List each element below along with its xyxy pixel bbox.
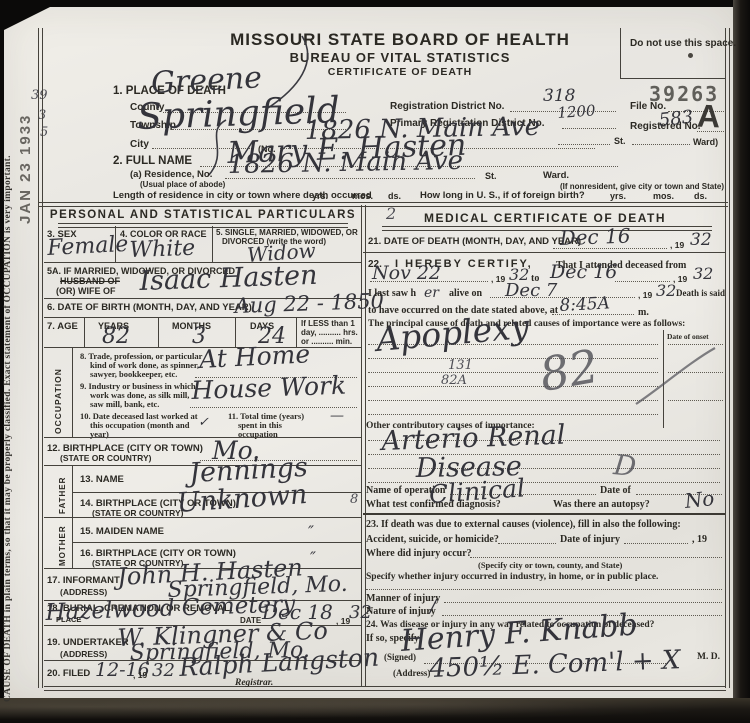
leader-line [368, 372, 658, 373]
onset-box-divider [663, 330, 664, 428]
row-rule [44, 517, 361, 518]
row-rule [44, 317, 361, 318]
mother-name-value: ″ [308, 522, 314, 541]
ward-label: Ward) [693, 137, 718, 147]
dod-value: Dec 16 [559, 224, 631, 250]
group-divider [72, 347, 73, 437]
registrar-label: Registrar. [235, 678, 273, 688]
mos-label-1: mos. [352, 191, 373, 201]
nature-label: Nature of injury [366, 606, 436, 617]
external-label: 23. If death was due to external causes … [366, 519, 681, 530]
specify-label: Specify whether injury occurred in indus… [366, 572, 658, 582]
leader-line [668, 400, 723, 401]
address-label: (Address) [393, 668, 430, 678]
group-divider [72, 465, 73, 517]
last-worked-value: ✓ [198, 415, 209, 430]
st-label: St. [614, 136, 626, 146]
age-label: 7. AGE [47, 321, 78, 332]
trade-value: At Home [198, 339, 310, 374]
leader-line [368, 400, 658, 401]
cause-scrawl: 82 [536, 339, 603, 402]
row-rule [363, 513, 725, 515]
cause-code-2: 82A [441, 373, 467, 388]
from-year-prefix: , 19 [491, 274, 505, 284]
st-line-a [558, 144, 610, 145]
marital-label-1: 5. SINGLE, MARRIED, WIDOWED, OR [216, 228, 358, 237]
row-rule [363, 252, 725, 253]
nature-slash-mark: / [430, 596, 436, 617]
undertaker-addr-label: (ADDRESS) [60, 649, 107, 659]
m-label: m. [638, 307, 649, 318]
leader-line [552, 314, 634, 315]
board-title: MISSOURI STATE BOARD OF HEALTH [200, 30, 600, 50]
abode-note: (Usual place of abode) [140, 180, 225, 189]
leader-line [668, 344, 723, 345]
registered-no-value: 583 [658, 107, 694, 131]
medical-section-title: MEDICAL CERTIFICATE OF DEATH [375, 211, 715, 225]
leader-line [668, 372, 723, 373]
leader-line [368, 358, 658, 359]
informant-addr-label: (ADDRESS) [60, 587, 107, 597]
st-line-b [632, 144, 690, 145]
medical-title-rule [382, 226, 712, 231]
leader-line [470, 557, 722, 558]
personal-section-title: PERSONAL AND STATISTICAL PARTICULARS [44, 209, 362, 221]
primary-registration-line [562, 128, 616, 129]
leader-line [366, 589, 722, 590]
informant-label: 17. INFORMANT [47, 575, 120, 586]
full-name-label: 2. FULL NAME [113, 155, 192, 167]
how-long-us-label: How long in U. S., if of foreign birth? [420, 190, 585, 201]
leader-line [498, 543, 556, 544]
occupation-group-label: OCCUPATION [53, 352, 63, 434]
leader-line [368, 414, 658, 415]
color-value: White [129, 236, 196, 263]
md-label: M. D. [697, 652, 720, 662]
filed-label: 20. FILED [47, 668, 90, 679]
filed-year: 32 [152, 660, 175, 681]
autopsy-value: No [683, 486, 715, 513]
length-of-residence-label: Length of residence in city or town wher… [113, 190, 372, 201]
form-border-right [725, 28, 730, 688]
registered-no-stamp: A [696, 98, 720, 136]
leader-line [624, 543, 688, 544]
injury-19-label: , 19 [692, 534, 707, 545]
specify-note: (Specify city or town, county, and State… [478, 560, 622, 570]
stamp-dot [688, 53, 693, 58]
do-not-use-label: Do not use this space. [630, 38, 736, 49]
scan-edge-top [0, 0, 750, 7]
autopsy-label: Was there an autopsy? [553, 499, 650, 510]
dod-year-prefix: , 19 [670, 240, 684, 250]
city-label: City [130, 139, 149, 150]
stray-mark-8: 8 [350, 492, 358, 507]
scan-edge-right [733, 0, 750, 723]
if-less-label-1: If LESS than 1 [301, 319, 355, 328]
industry-label-3: saw mill, bank, etc. [90, 399, 159, 409]
death-certificate-scan: CAUSE OF DEATH in plain terms, so that i… [0, 0, 750, 723]
mother-bp-value: ″ [310, 548, 316, 567]
form-bottom-rule [44, 686, 726, 691]
contributory-scrawl: D [612, 448, 638, 483]
total-time-value: — [330, 408, 344, 424]
dob-label: 6. DATE OF BIRTH (MONTH, DAY, AND YEAR) [47, 302, 252, 313]
mother-group-label: MOTHER [58, 520, 67, 566]
leader-line [368, 386, 658, 387]
date-of-label: Date of [600, 485, 631, 496]
last-saw-year-prefix: , 19 [638, 290, 652, 300]
residence-label: (a) Residence, No. [130, 169, 212, 180]
leader-line [444, 602, 722, 603]
accident-label: Accident, suicide, or homicide? [366, 534, 499, 545]
undertaker-label: 19. UNDERTAKER [47, 637, 129, 648]
dod-label: 21. DATE OF DEATH (MONTH, DAY, AND YEAR) [368, 236, 581, 247]
yrs-label-2: yrs. [610, 191, 626, 201]
age-years-value: 82 [102, 324, 130, 349]
primary-registration-value: 1200 [557, 101, 596, 122]
occurred-time: 8:45A [559, 293, 610, 316]
dod-year: 32 [690, 230, 712, 250]
row-rule [72, 542, 361, 543]
header-box-bottom [620, 78, 726, 79]
row-rule [44, 437, 361, 438]
birthplace-sub: (STATE OR COUNTRY) [60, 453, 151, 463]
last-saw-her: er [424, 285, 439, 301]
attended-to-value: Dec 16 [550, 261, 617, 283]
form-border-left [38, 28, 43, 688]
cause-code-1: 131 [448, 358, 473, 373]
registration-district-label: Registration District No. [390, 101, 504, 112]
attended-to-year: 32 [693, 264, 713, 283]
scan-edge-bottom [0, 698, 750, 723]
sex-value: Female [47, 232, 129, 261]
cell-divider [212, 226, 213, 262]
header-box-divider [620, 28, 621, 78]
father-name-label: 13. NAME [80, 474, 124, 485]
ds-label-2: ds. [694, 191, 707, 201]
cell-divider [158, 317, 159, 347]
last-saw-label-2: alive on [449, 288, 482, 299]
last-saw-date: Dec 7 [505, 280, 557, 301]
mos-label-2: mos. [653, 191, 674, 201]
injury-date-label: Date of injury [560, 534, 620, 545]
last-saw-year: 32 [656, 281, 676, 300]
filed-year-prefix: , 19 [133, 670, 147, 680]
residence-st-label: St. [485, 171, 497, 181]
leader-line [553, 248, 667, 249]
residence-value: 1826 N. Main Ave [227, 146, 463, 180]
married-label-3: (OR) WIFE OF [56, 286, 116, 296]
leader-line [370, 281, 488, 282]
margin-note: CAUSE OF DEATH in plain terms, so that i… [3, 8, 13, 702]
onset-label: Date of onset [667, 332, 709, 341]
trade-label-3: sawyer, bookkeeper, etc. [90, 369, 177, 379]
death-said-label: Death is said [676, 288, 725, 298]
father-group-label: FATHER [58, 469, 67, 514]
header-section-divider [38, 202, 728, 207]
mother-name-label: 15. MAIDEN NAME [80, 526, 164, 537]
residence-ward-label: Ward. [543, 170, 569, 181]
yrs-label-1: yrs. [312, 191, 328, 201]
ds-label-1: ds. [388, 191, 401, 201]
where-label: Where did injury occur? [366, 548, 472, 559]
married-label-2: HUSBAND OF [60, 276, 120, 286]
cell-divider [84, 317, 85, 347]
if-less-label-2: day, .......... hrs. [301, 328, 358, 337]
received-date-stamp: JAN 23 1933 [17, 86, 34, 224]
last-saw-label-1: I last saw h [368, 288, 416, 299]
industry-value: House Work [191, 371, 347, 405]
